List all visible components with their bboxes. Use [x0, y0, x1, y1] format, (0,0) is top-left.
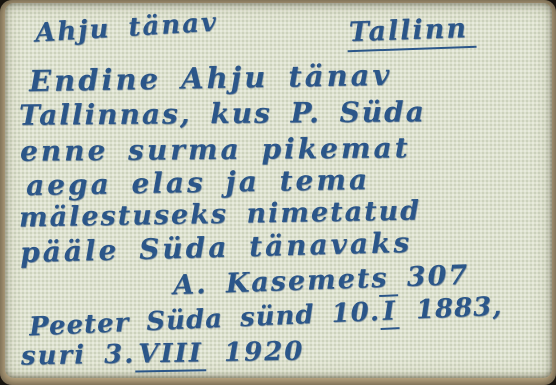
note-line: Tallinnas, kus P. Süda — [19, 95, 426, 132]
death-date-line: suri 3.VIII 1920 — [21, 337, 305, 375]
death-year-text: 1920 — [206, 337, 305, 369]
card-title-street-name: Ahju tänav — [34, 7, 219, 48]
note-line: enne surma pikemat — [20, 131, 411, 167]
note-line: Endine Ahju tänav — [29, 58, 393, 98]
birth-month-roman-numeral: I — [379, 294, 400, 330]
death-date-text: suri 3. — [21, 339, 136, 371]
birth-date-text: Peeter Süda sünd 10. — [29, 297, 381, 342]
card-city-label: Tallinn — [346, 13, 476, 52]
death-month-roman-numeral: VIII — [135, 338, 206, 372]
note-line: aega elas ja tema — [26, 163, 371, 202]
index-card-paper: Ahju tänav Tallinn Endine Ahju tänav Tal… — [5, 3, 552, 378]
birth-year-text: 1883, — [398, 292, 503, 326]
scanned-card-photo: Ahju tänav Tallinn Endine Ahju tänav Tal… — [0, 0, 556, 385]
